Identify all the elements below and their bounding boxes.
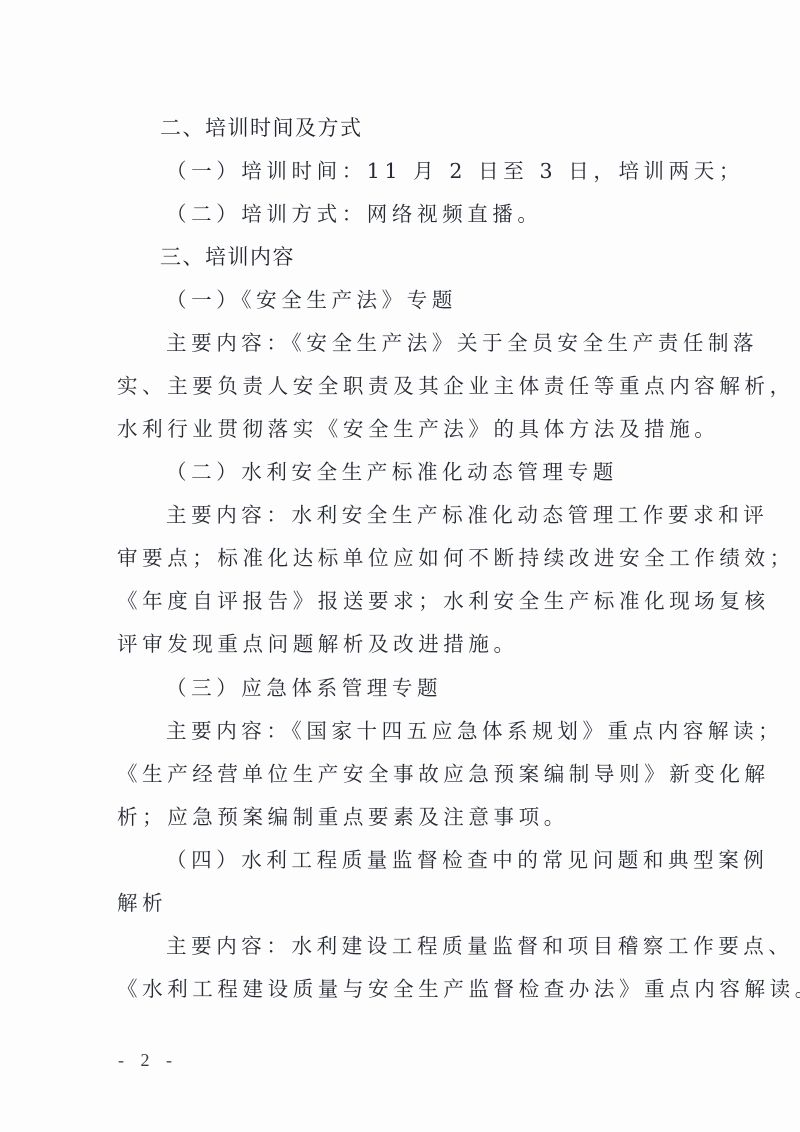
topic-content-line: 主要内容：水利安全生产标准化动态管理工作要求和评	[166, 500, 800, 530]
training-time-item: （一）培训时间：11 月 2 日至 3 日，培训两天；	[166, 156, 800, 186]
topic-content-line: 《生产经营单位生产安全事故应急预案编制导则》新变化解	[117, 759, 800, 789]
topic-content-line: 审要点；标准化达标单位应如何不断持续改进安全工作绩效；	[117, 543, 800, 573]
topic-content-line: 《水利工程建设质量与安全生产监督检查办法》重点内容解读。	[117, 974, 800, 1004]
section-heading-training-content: 三、培训内容	[160, 242, 800, 272]
topic-content-line: 评审发现重点问题解析及改进措施。	[117, 629, 800, 659]
topic-content-line: 主要内容：水利建设工程质量监督和项目稽察工作要点、	[166, 931, 800, 961]
topic-title-safety-law: （一）《安全生产法》专题	[166, 285, 800, 315]
topic-title-quality-supervision-cont: 解析	[117, 888, 800, 918]
topic-content-line: 《年度自评报告》报送要求；水利安全生产标准化现场复核	[117, 586, 800, 616]
section-heading-training-time-method: 二、培训时间及方式	[160, 113, 800, 143]
topic-content-line: 析；应急预案编制重点要素及注意事项。	[117, 802, 800, 832]
training-method-item: （二）培训方式：网络视频直播。	[166, 199, 800, 229]
topic-content-line: 水利行业贯彻落实《安全生产法》的具体方法及措施。	[117, 414, 800, 444]
document-page: 二、培训时间及方式 （一）培训时间：11 月 2 日至 3 日，培训两天； （二…	[0, 0, 800, 1132]
topic-title-standardization: （二）水利安全生产标准化动态管理专题	[166, 457, 800, 487]
topic-content-line: 主要内容：《国家十四五应急体系规划》重点内容解读；	[166, 716, 800, 746]
topic-title-emergency: （三）应急体系管理专题	[166, 673, 800, 703]
topic-title-quality-supervision: （四）水利工程质量监督检查中的常见问题和典型案例	[166, 845, 800, 875]
topic-content-line: 实、主要负责人安全职责及其企业主体责任等重点内容解析，	[117, 371, 800, 401]
page-number: - 2 -	[118, 1050, 178, 1071]
topic-content-line: 主要内容：《安全生产法》关于全员安全生产责任制落	[166, 328, 800, 358]
